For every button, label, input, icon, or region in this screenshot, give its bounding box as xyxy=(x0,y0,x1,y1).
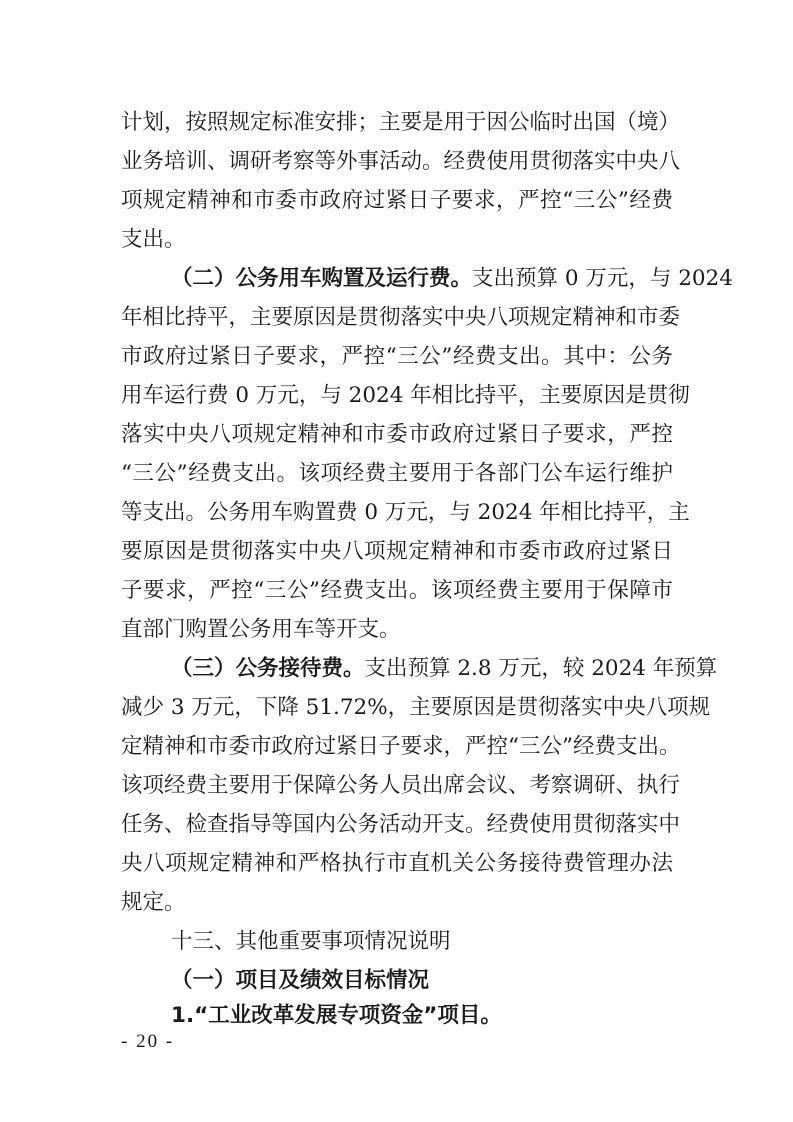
section-2-title: （二）公务用车购置及运行费。 xyxy=(171,266,472,291)
paragraph-line: 定精神和市委市政府过紧日子要求，严控“三公”经费支出。 xyxy=(121,727,673,766)
section-2-first-line: （二）公务用车购置及运行费。支出预算 0 万元，与 2024 xyxy=(171,259,673,298)
paragraph-line: 规定。 xyxy=(121,883,673,922)
paragraph-line: 用车运行费 0 万元，与 2024 年相比持平，主要原因是贯彻 xyxy=(121,376,673,415)
paragraph-line: 年相比持平，主要原因是贯彻落实中央八项规定精神和市委 xyxy=(121,298,673,337)
paragraph-line: 市政府过紧日子要求，严控“三公”经费支出。其中：公务 xyxy=(121,337,673,376)
heading-13: 十三、其他重要事项情况说明 xyxy=(171,922,673,961)
paragraph-line: 任务、检查指导等国内公务活动开支。经费使用贯彻落实中 xyxy=(121,805,673,844)
paragraph-line: 业务培训、调研考察等外事活动。经费使用贯彻落实中央八 xyxy=(121,142,673,181)
paragraph-line: 该项经费主要用于保障公务人员出席会议、考察调研、执行 xyxy=(121,766,673,805)
paragraph-line: 要原因是贯彻落实中央八项规定精神和市委市政府过紧日 xyxy=(121,532,673,571)
paragraph-line: 减少 3 万元，下降 51.72%，主要原因是贯彻落实中央八项规 xyxy=(121,688,673,727)
section-2-text: 支出预算 0 万元，与 2024 xyxy=(472,266,733,291)
paragraph-line: 子要求，严控“三公”经费支出。该项经费主要用于保障市 xyxy=(121,571,673,610)
paragraph-line: 计划，按照规定标准安排；主要是用于因公临时出国（境） xyxy=(121,103,673,142)
paragraph-line: 央八项规定精神和严格执行市直机关公务接待费管理办法 xyxy=(121,844,673,883)
page-number: - 20 - xyxy=(121,1030,174,1054)
section-3-text: 支出预算 2.8 万元，较 2024 年预算 xyxy=(365,656,718,681)
item-1-title: 1.“工业改革发展专项资金”项目。 xyxy=(171,996,673,1035)
paragraph-line: 直部门购置公务用车等开支。 xyxy=(121,610,673,649)
paragraph-line: 等支出。公务用车购置费 0 万元，与 2024 年相比持平，主 xyxy=(121,493,673,532)
section-3-first-line: （三）公务接待费。支出预算 2.8 万元，较 2024 年预算 xyxy=(171,649,673,688)
section-3-title: （三）公务接待费。 xyxy=(171,656,365,681)
paragraph-line: “三公”经费支出。该项经费主要用于各部门公车运行维护 xyxy=(121,454,673,493)
paragraph-line: 支出。 xyxy=(121,220,673,259)
subheading-project-goals: （一）项目及绩效目标情况 xyxy=(171,961,673,1000)
paragraph-line: 项规定精神和市委市政府过紧日子要求，严控“三公”经费 xyxy=(121,181,673,220)
paragraph-line: 落实中央八项规定精神和市委市政府过紧日子要求，严控 xyxy=(121,415,673,454)
